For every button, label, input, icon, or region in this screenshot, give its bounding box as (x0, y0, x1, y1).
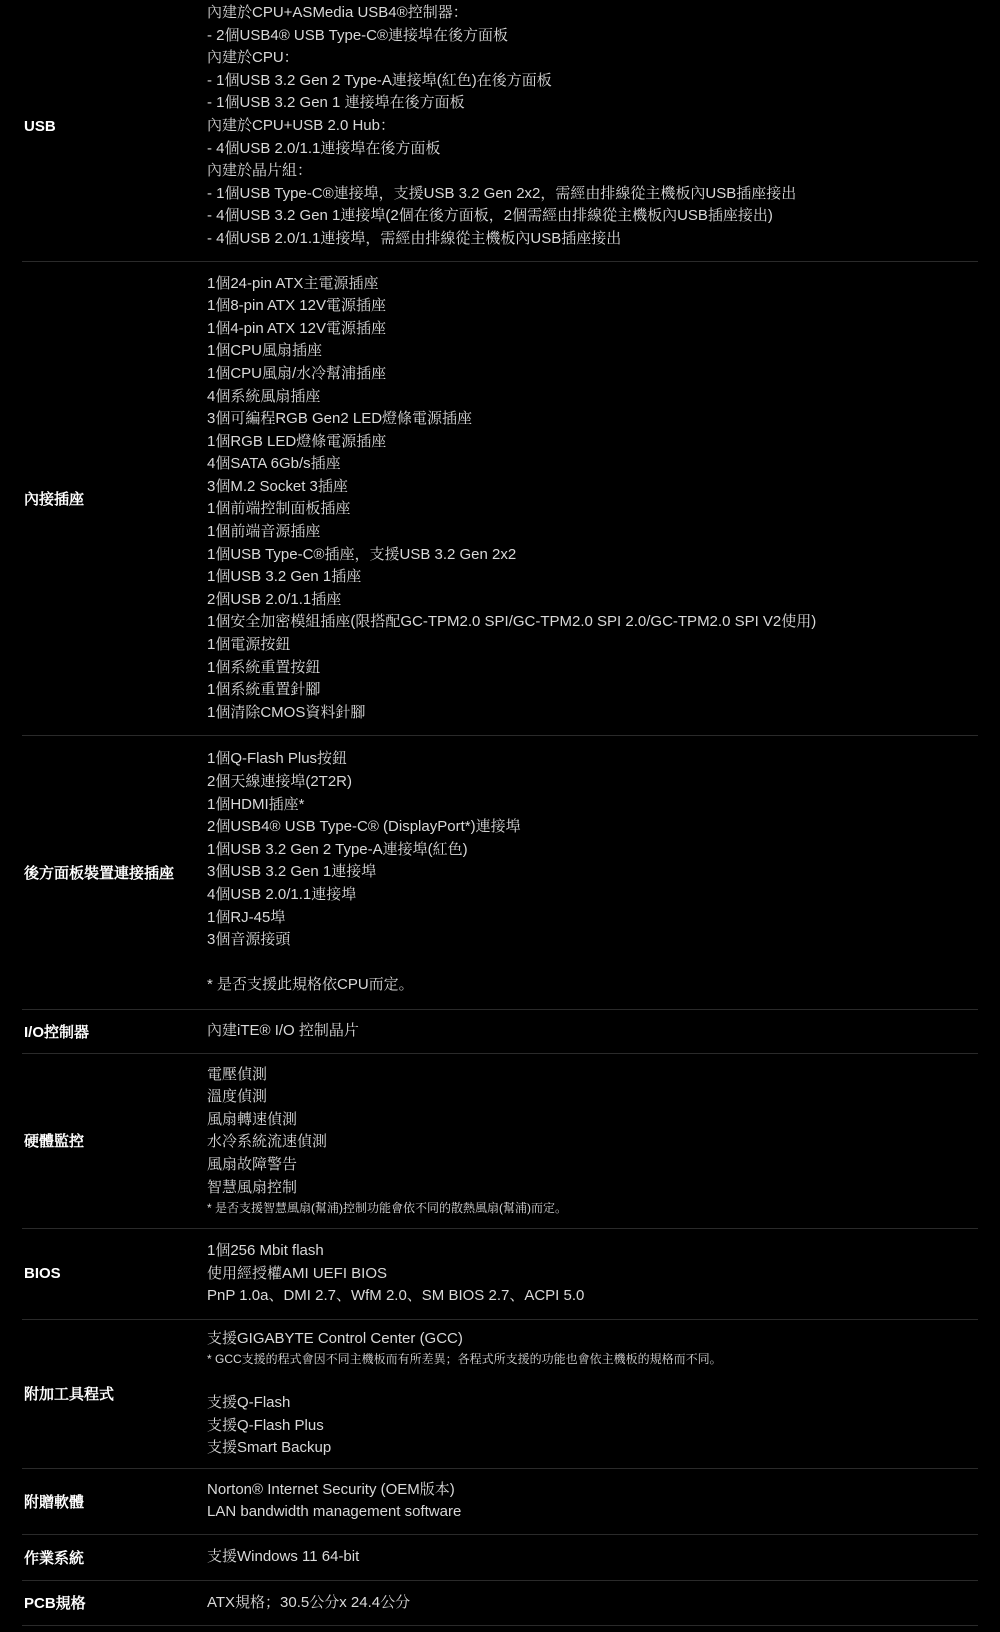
spec-line: - 1個USB 3.2 Gen 2 Type-A連接埠(紅色)在後方面板 (207, 70, 978, 93)
spec-line: 1個4-pin ATX 12V電源插座 (207, 318, 978, 341)
spec-line: - 1個USB Type-C®連接埠，支援USB 3.2 Gen 2x2，需經由… (207, 183, 978, 206)
spec-line: 1個系統重置按鈕 (207, 657, 978, 680)
spec-label-bundled-utilities: 附加工具程式 (22, 1328, 207, 1460)
spec-label-usb: USB (22, 2, 207, 251)
spec-line: 1個24-pin ATX主電源插座 (207, 273, 978, 296)
spec-line: 1個256 Mbit flash (207, 1240, 978, 1263)
spec-line: 3個M.2 Socket 3插座 (207, 476, 978, 499)
spec-line: 1個USB 3.2 Gen 1插座 (207, 566, 978, 589)
spec-line: 1個前端音源插座 (207, 521, 978, 544)
spec-row-io-controller: I/O控制器內建iTE® I/O 控制晶片 (22, 1009, 978, 1053)
spec-content-pcb: ATX規格；30.5公分x 24.4公分 (207, 1592, 978, 1615)
spec-label-bundled-software: 附贈軟體 (22, 1479, 207, 1524)
blank-line (207, 1369, 978, 1392)
spec-row-bios: BIOS1個256 Mbit flash使用經授權AMI UEFI BIOSPn… (22, 1228, 978, 1319)
spec-content-internal-connectors: 1個24-pin ATX主電源插座1個8-pin ATX 12V電源插座1個4-… (207, 273, 978, 725)
spec-line: 電壓偵測 (207, 1064, 978, 1087)
spec-content-hw-monitor: 電壓偵測溫度偵測風扇轉速偵測水冷系統流速偵測風扇故障警告智慧風扇控制* 是否支援… (207, 1064, 978, 1219)
spec-line: 1個RGB LED燈條電源插座 (207, 431, 978, 454)
spec-row-bundled-software: 附贈軟體Norton® Internet Security (OEM版本)LAN… (22, 1468, 978, 1534)
spec-line: - 2個USB4® USB Type-C®連接埠在後方面板 (207, 25, 978, 48)
spec-line: Norton® Internet Security (OEM版本) (207, 1479, 978, 1502)
spec-line: 1個安全加密模組插座(限搭配GC-TPM2.0 SPI/GC-TPM2.0 SP… (207, 611, 978, 634)
spec-label-pcb: PCB規格 (22, 1592, 207, 1615)
spec-line: - 4個USB 2.0/1.1連接埠，需經由排線從主機板內USB插座接出 (207, 228, 978, 251)
spec-label-internal-connectors: 內接插座 (22, 273, 207, 725)
spec-line: 1個USB 3.2 Gen 2 Type-A連接埠(紅色) (207, 839, 978, 862)
spec-label-os: 作業系統 (22, 1546, 207, 1569)
spec-row-os: 作業系統支援Windows 11 64-bit (22, 1534, 978, 1580)
spec-line: 1個Q-Flash Plus按鈕 (207, 748, 978, 771)
spec-row-internal-connectors: 內接插座1個24-pin ATX主電源插座1個8-pin ATX 12V電源插座… (22, 261, 978, 736)
spec-line: 2個USB 2.0/1.1插座 (207, 589, 978, 612)
spec-content-rear-panel: 1個Q-Flash Plus按鈕2個天線連接埠(2T2R)1個HDMI插座*2個… (207, 748, 978, 997)
spec-row-pcb: PCB規格ATX規格；30.5公分x 24.4公分 (22, 1580, 978, 1626)
spec-line: 內建於CPU+ASMedia USB4®控制器： (207, 2, 978, 25)
spec-line: 4個系統風扇插座 (207, 386, 978, 409)
spec-line: 溫度偵測 (207, 1086, 978, 1109)
spec-line: 支援Q-Flash Plus (207, 1415, 978, 1438)
spec-row-rear-panel: 後方面板裝置連接插座1個Q-Flash Plus按鈕2個天線連接埠(2T2R)1… (22, 735, 978, 1009)
spec-content-io-controller: 內建iTE® I/O 控制晶片 (207, 1020, 978, 1043)
spec-line: 支援Windows 11 64-bit (207, 1546, 978, 1569)
spec-line: 1個CPU風扇/水冷幫浦插座 (207, 363, 978, 386)
spec-line: ATX規格；30.5公分x 24.4公分 (207, 1592, 978, 1615)
spec-content-os: 支援Windows 11 64-bit (207, 1546, 978, 1569)
spec-line: 1個電源按鈕 (207, 634, 978, 657)
spec-row-usb: USB內建於CPU+ASMedia USB4®控制器：- 2個USB4® USB… (22, 0, 978, 261)
spec-label-hw-monitor: 硬體監控 (22, 1064, 207, 1219)
spec-line: 3個可編程RGB Gen2 LED燈條電源插座 (207, 408, 978, 431)
spec-content-usb: 內建於CPU+ASMedia USB4®控制器：- 2個USB4® USB Ty… (207, 2, 978, 251)
spec-line: 3個USB 3.2 Gen 1連接埠 (207, 861, 978, 884)
spec-line: 使用經授權AMI UEFI BIOS (207, 1263, 978, 1286)
spec-line: 智慧風扇控制 (207, 1177, 978, 1200)
spec-content-bundled-software: Norton® Internet Security (OEM版本)LAN ban… (207, 1479, 978, 1524)
spec-line: 2個天線連接埠(2T2R) (207, 771, 978, 794)
spec-content-bios: 1個256 Mbit flash使用經授權AMI UEFI BIOSPnP 1.… (207, 1240, 978, 1308)
spec-line: 內建於CPU+USB 2.0 Hub： (207, 115, 978, 138)
spec-line: 4個SATA 6Gb/s插座 (207, 453, 978, 476)
spec-line: 1個CPU風扇插座 (207, 340, 978, 363)
spec-label-rear-panel: 後方面板裝置連接插座 (22, 748, 207, 997)
spec-line: 1個前端控制面板插座 (207, 498, 978, 521)
spec-line: 風扇故障警告 (207, 1154, 978, 1177)
spec-line: 1個RJ-45埠 (207, 907, 978, 930)
spec-line: 水冷系統流速偵測 (207, 1131, 978, 1154)
spec-content-bundled-utilities: 支援GIGABYTE Control Center (GCC)* GCC支援的程… (207, 1328, 978, 1460)
spec-label-io-controller: I/O控制器 (22, 1020, 207, 1043)
spec-line: * GCC支援的程式會因不同主機板而有所差異；各程式所支援的功能也會依主機板的規… (207, 1350, 978, 1369)
spec-line: 2個USB4® USB Type-C® (DisplayPort*)連接埠 (207, 816, 978, 839)
spec-line: PnP 1.0a、DMI 2.7、WfM 2.0、SM BIOS 2.7、ACP… (207, 1285, 978, 1308)
spec-line: 支援GIGABYTE Control Center (GCC) (207, 1328, 978, 1351)
spec-line: LAN bandwidth management software (207, 1501, 978, 1524)
spec-table: USB內建於CPU+ASMedia USB4®控制器：- 2個USB4® USB… (22, 0, 978, 1626)
spec-line: 支援Smart Backup (207, 1437, 978, 1460)
spec-line: 風扇轉速偵測 (207, 1109, 978, 1132)
spec-line: 內建於CPU： (207, 47, 978, 70)
spec-line: 內建iTE® I/O 控制晶片 (207, 1020, 978, 1043)
spec-line: - 1個USB 3.2 Gen 1 連接埠在後方面板 (207, 92, 978, 115)
spec-line: 3個音源接頭 (207, 929, 978, 952)
spec-line: 1個系統重置針腳 (207, 679, 978, 702)
spec-line: 1個USB Type-C®插座，支援USB 3.2 Gen 2x2 (207, 544, 978, 567)
spec-line: 內建於晶片組： (207, 160, 978, 183)
spec-line: - 4個USB 2.0/1.1連接埠在後方面板 (207, 138, 978, 161)
spec-line: 1個8-pin ATX 12V電源插座 (207, 295, 978, 318)
blank-line (207, 952, 978, 975)
spec-line: * 是否支援智慧風扇(幫浦)控制功能會依不同的散熱風扇(幫浦)而定。 (207, 1199, 978, 1218)
spec-row-hw-monitor: 硬體監控電壓偵測溫度偵測風扇轉速偵測水冷系統流速偵測風扇故障警告智慧風扇控制* … (22, 1053, 978, 1229)
spec-line: - 4個USB 3.2 Gen 1連接埠(2個在後方面板，2個需經由排線從主機板… (207, 205, 978, 228)
spec-line: 支援Q-Flash (207, 1392, 978, 1415)
spec-line: 4個USB 2.0/1.1連接埠 (207, 884, 978, 907)
spec-line: 1個清除CMOS資料針腳 (207, 702, 978, 725)
spec-line: 1個HDMI插座* (207, 794, 978, 817)
spec-row-bundled-utilities: 附加工具程式支援GIGABYTE Control Center (GCC)* G… (22, 1319, 978, 1468)
spec-label-bios: BIOS (22, 1240, 207, 1308)
spec-line: * 是否支援此規格依CPU而定。 (207, 974, 978, 997)
